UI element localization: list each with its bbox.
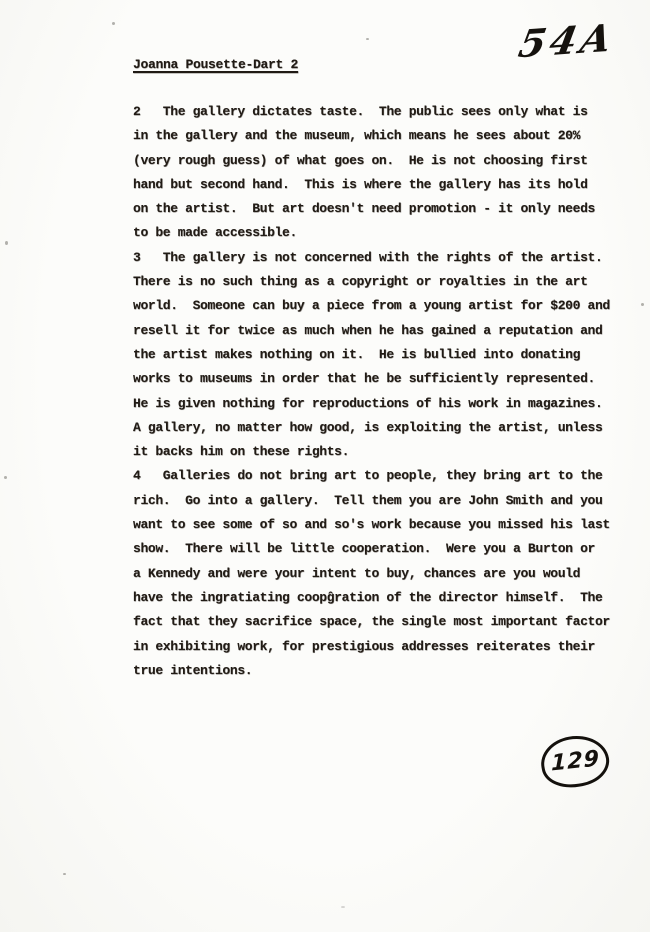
scan-speck [4,476,7,479]
paragraph-3: 3 The gallery is not concerned with the … [133,246,610,465]
typed-line: (very rough guess) of what goes on. He i… [133,149,610,173]
typed-line: on the artist. But art doesn't need prom… [133,197,610,221]
typed-line: the artist makes nothing on it. He is bu… [133,343,610,367]
page-title: Joanna Pousette-Dart 2 [133,57,298,72]
scan-speck [641,303,644,306]
typed-line: 2 The gallery dictates taste. The public… [133,100,610,124]
typed-line: world. Someone can buy a piece from a yo… [133,294,610,318]
typed-line: 4 Galleries do not bring art to people, … [133,464,610,488]
handwritten-corner-annotation: 54A [515,15,619,66]
typed-line: There is no such thing as a copyright or… [133,270,610,294]
typed-line: in exhibiting work, for prestigious addr… [133,635,610,659]
typed-line: a Kennedy and were your intent to buy, c… [133,562,610,586]
typed-line: A gallery, no matter how good, is exploi… [133,416,610,440]
typed-line: show. There will be little cooperation. … [133,537,610,561]
typed-line: He is given nothing for reproductions of… [133,392,610,416]
scan-speck [5,241,8,245]
scan-speck [366,38,369,40]
document-body: 2 The gallery dictates taste. The public… [133,100,610,683]
typed-line: rich. Go into a gallery. Tell them you a… [133,489,610,513]
paragraph-2: 2 The gallery dictates taste. The public… [133,100,610,246]
typed-line: true intentions. [133,659,610,683]
typed-line: fact that they sacrifice space, the sing… [133,610,610,634]
typed-line: 3 The gallery is not concerned with the … [133,246,610,270]
scan-speck [112,22,115,25]
paragraph-4: 4 Galleries do not bring art to people, … [133,464,610,683]
circled-page-number: 129 [537,730,613,792]
scan-speck [63,873,66,875]
typed-line: it backs him on these rights. [133,440,610,464]
typed-line: works to museums in order that he be suf… [133,367,610,391]
document-page: Joanna Pousette-Dart 2 54A 2 The gallery… [0,0,650,932]
scan-speck [341,906,345,908]
typed-line: to be made accessible. [133,221,610,245]
typed-line: have the ingratiating coopĝration of the… [133,586,610,610]
typed-line: resell it for twice as much when he has … [133,319,610,343]
typed-line: in the gallery and the museum, which mea… [133,124,610,148]
typed-line: hand but second hand. This is where the … [133,173,610,197]
page-number-text: 129 [551,746,600,776]
typed-line: want to see some of so and so's work bec… [133,513,610,537]
